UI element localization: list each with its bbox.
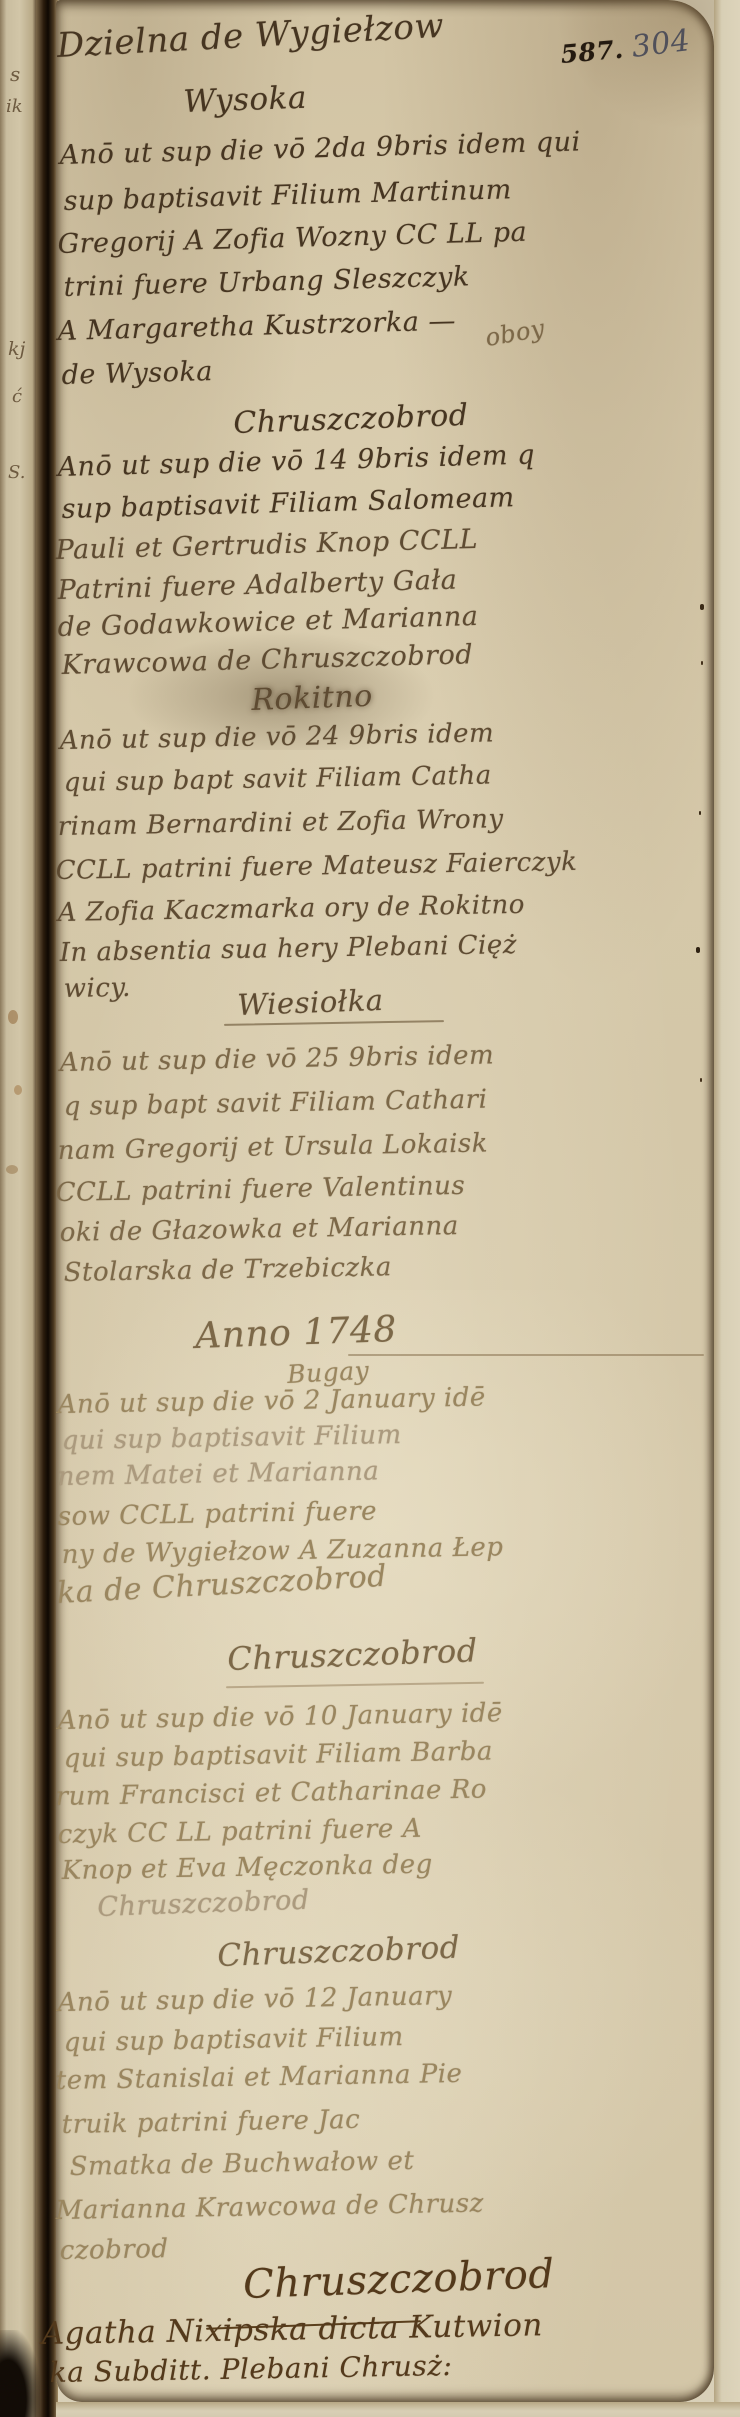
manuscript-line: qui sup baptisavit Filium — [61, 1420, 401, 1456]
manuscript-line: q sup bapt savit Filiam Cathari — [63, 1085, 487, 1122]
year-underline — [348, 1354, 704, 1356]
section-heading-chruszczobrod: Chruszczobrod — [217, 1930, 461, 1974]
manuscript-line: rinam Bernardini et Zofia Wrony — [57, 804, 503, 842]
manuscript-line: Anō ut sup die vō 12 January — [57, 1981, 452, 2018]
section-heading-chruszczobrod-large: Chruszczobrod — [242, 2251, 555, 2308]
manuscript-line: qui sup bapt savit Filiam Catha — [63, 761, 491, 798]
manuscript-line: Anō ut sup die vō 2da 9bris idem qui — [59, 126, 581, 171]
facing-page-edge: s ik kj ć S. — [0, 0, 36, 2417]
section-heading-chruszczobrod: Chruszczobrod — [227, 1631, 479, 1678]
manuscript-line: czobrod — [59, 2234, 168, 2266]
manuscript-line: Anō ut sup die vō 25 9bris idem — [59, 1040, 494, 1078]
manuscript-line: CCLL patrini fuere Valentinus — [55, 1171, 465, 1208]
year-heading: Anno 1748 — [195, 1309, 398, 1357]
manuscript-line: A Margaretha Kustrzorka — — [57, 306, 456, 347]
section-heading-chruszczobrod: Chruszczobrod — [233, 398, 469, 441]
page-title-line: Dzielna de Wygiełzow — [56, 6, 445, 66]
manuscript-line: de Wysoka — [61, 356, 213, 391]
rust-spot — [8, 1010, 18, 1024]
manuscript-line: qui sup baptisavit Filium — [63, 2022, 403, 2058]
manuscript-line: wicy. — [63, 973, 131, 1004]
manuscript-line: Anō ut sup die vō 2 January idē — [57, 1383, 486, 1420]
manuscript-line: Pauli et Gertrudis Knop CCLL — [55, 524, 478, 566]
manuscript-line: Anō ut sup die vō 10 January idē — [57, 1698, 503, 1736]
manuscript-line: sup baptisavit Filiam Salomeam — [61, 482, 515, 525]
manuscript-line: Smatka de Buchwałow et — [69, 2146, 414, 2182]
manuscript-line: CCLL patrini fuere Mateusz Faierczyk — [55, 847, 577, 886]
section-heading-wysoka: Wysoka — [183, 80, 308, 120]
manuscript-line: Knop et Eva Męczonka deg — [61, 1850, 433, 1886]
manuscript-line: oki de Głazowka et Marianna — [59, 1211, 459, 1248]
heading-underline — [226, 1682, 484, 1689]
margin-fragment: ik — [6, 96, 23, 117]
manuscript-line: qui sup baptisavit Filiam Barba — [63, 1737, 493, 1774]
folio-number-pencil: 304 — [630, 23, 693, 65]
margin-fragment: kj — [8, 338, 25, 360]
manuscript-line: Anō ut sup die vō 14 9bris idem q — [57, 440, 535, 483]
book-gutter — [36, 0, 58, 2417]
margin-fragment: s — [10, 62, 20, 86]
bottom-note-line: Agatha Nixipska dicta Kutwion — [41, 2307, 543, 2352]
manuscript-line: Patrini fuere Adalberty Gała — [57, 565, 457, 606]
bottom-note-line: ka Subditt. Plebani Chrusż: — [49, 2349, 452, 2389]
manuscript-line: de Godawkowice et Marianna — [57, 601, 479, 643]
manuscript-line: czyk CC LL patrini fuere A — [57, 1814, 422, 1850]
rust-spot — [14, 1085, 22, 1095]
manuscript-line: Anō ut sup die vō 24 9bris idem — [59, 718, 494, 756]
manuscript-line: Gregorij A Zofia Wozny CC LL pa — [57, 217, 527, 260]
manuscript-line: sup baptisavit Filium Martinum — [63, 174, 512, 217]
dark-corner-shadow — [0, 2330, 40, 2417]
register-page: Dzielna de Wygiełzow 587. 304 Wysoka Anō… — [56, 0, 714, 2402]
manuscript-line: Marianna Krawcowa de Chrusz — [55, 2189, 484, 2226]
manuscript-line: A Zofia Kaczmarka ory de Rokitno — [57, 890, 525, 928]
manuscript-line: Stolarska de Trzebiczka — [63, 1252, 392, 1288]
section-heading-rokitno: Rokitno — [251, 679, 374, 718]
manuscript-line: sow CCLL patrini fuere — [57, 1496, 377, 1532]
section-heading-wiesiolka: Wiesiołka — [237, 983, 384, 1022]
manuscript-scan: s ik kj ć S. Dzielna de Wygiełzow 587. 3… — [0, 0, 740, 2417]
manuscript-line: trini fuere Urbang Sleszczyk — [63, 261, 470, 303]
manuscript-line: In absentia sua hery Plebani Cięż — [59, 930, 517, 968]
manuscript-line: nam Gregorij et Ursula Lokaisk — [57, 1128, 488, 1166]
margin-fragment: ć — [12, 386, 22, 407]
manuscript-line: tem Stanislai et Marianna Pie — [55, 2059, 462, 2096]
manuscript-line: nem Matei et Marianna — [57, 1456, 379, 1492]
manuscript-line: rum Francisci et Catharinae Ro — [55, 1774, 487, 1812]
manuscript-line: Krawcowa de Chruszczobrod — [61, 639, 473, 681]
underlying-page-edge — [714, 0, 740, 2417]
folio-number-ink: 587. — [559, 35, 624, 69]
edge-specks — [700, 604, 704, 610]
rust-spot — [6, 1165, 18, 1174]
manuscript-line: Chruszczobrod — [97, 1885, 310, 1923]
bottom-page-edge — [56, 2402, 740, 2417]
manuscript-line: truik patrini fuere Jac — [61, 2105, 360, 2140]
margin-fragment: S. — [8, 462, 25, 483]
margin-flourish: oboy — [483, 314, 547, 352]
